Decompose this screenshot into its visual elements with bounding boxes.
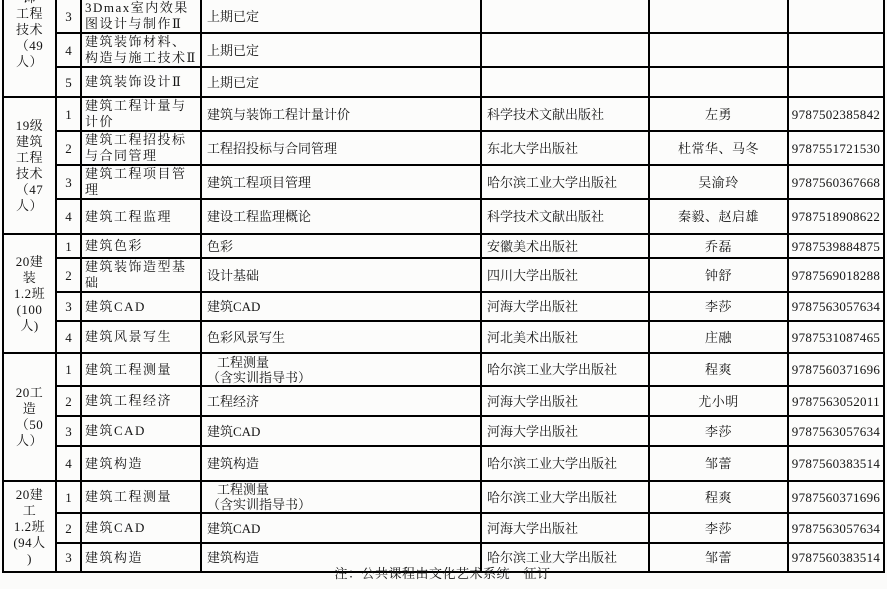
course-cell: 建筑工程计量与计价 — [81, 97, 201, 131]
textbook-line1: 工程测量 — [207, 355, 478, 370]
textbook-cell: 建筑与装饰工程计量计价 — [201, 97, 481, 131]
table-row: 4 建筑构造 建筑构造 哈尔滨工业大学出版社 邹蕾 9787560383514 — [3, 446, 884, 481]
isbn-cell: 9787563057634 — [788, 292, 884, 321]
isbn-cell: 9787502385842 — [788, 97, 884, 131]
row-number-cell: 1 — [56, 481, 81, 513]
author-cell — [649, 0, 788, 33]
row-number-cell: 2 — [56, 513, 81, 543]
textbook-cell: 上期已定 — [201, 0, 481, 33]
author-cell: 程爽 — [649, 481, 788, 513]
document-page: 饰 工程 技术 （49 人） 3 3Dmax室内效果图设计与制作Ⅱ 上期已定 4… — [2, 0, 885, 573]
author-cell: 吴渝玲 — [649, 165, 788, 199]
textbook-cell: 建筑工程项目管理 — [201, 165, 481, 199]
publisher-cell: 哈尔滨工业大学出版社 — [481, 481, 649, 513]
course-cell: 建筑色彩 — [81, 234, 201, 258]
table-row: 20工 造 （50 人） 1 建筑工程测量 工程测量 （含实训指导书） 哈尔滨工… — [3, 353, 884, 386]
isbn-cell: 9787563057634 — [788, 513, 884, 543]
author-cell: 钟舒 — [649, 258, 788, 292]
isbn-cell: 9787531087465 — [788, 321, 884, 353]
class-group-label: 20工 造 （50 人） — [6, 385, 53, 449]
textbook-cell: 上期已定 — [201, 67, 481, 97]
author-cell: 乔磊 — [649, 234, 788, 258]
table-row: 5 建筑装饰设计Ⅱ 上期已定 — [3, 67, 884, 97]
row-number-cell: 4 — [56, 199, 81, 234]
table-row: 饰 工程 技术 （49 人） 3 3Dmax室内效果图设计与制作Ⅱ 上期已定 — [3, 0, 884, 33]
course-cell: 建筑工程招投标与合同管理 — [81, 131, 201, 165]
textbook-order-table: 饰 工程 技术 （49 人） 3 3Dmax室内效果图设计与制作Ⅱ 上期已定 4… — [2, 0, 885, 573]
course-cell: 建筑工程测量 — [81, 353, 201, 386]
publisher-cell: 河海大学出版社 — [481, 292, 649, 321]
class-group-label: 19级 建筑 工程 技术 （47 人） — [6, 118, 53, 214]
isbn-cell — [788, 0, 884, 33]
course-cell: 建筑工程项目管理 — [81, 165, 201, 199]
textbook-cell: 上期已定 — [201, 33, 481, 67]
textbook-cell: 工程测量 （含实训指导书） — [201, 481, 481, 513]
author-cell: 尤小明 — [649, 386, 788, 416]
author-cell: 程爽 — [649, 353, 788, 386]
textbook-cell: 工程测量 （含实训指导书） — [201, 353, 481, 386]
table-row: 3 建筑CAD 建筑CAD 河海大学出版社 李莎 9787563057634 — [3, 292, 884, 321]
table-row: 2 建筑装饰造型基础 设计基础 四川大学出版社 钟舒 9787569018288 — [3, 258, 884, 292]
class-group-cell: 20工 造 （50 人） — [3, 353, 56, 481]
isbn-cell — [788, 67, 884, 97]
table-row: 4 建筑工程监理 建设工程监理概论 科学技术文献出版社 秦毅、赵启雄 97875… — [3, 199, 884, 234]
table-row: 3 建筑工程项目管理 建筑工程项目管理 哈尔滨工业大学出版社 吴渝玲 97875… — [3, 165, 884, 199]
author-cell: 邹蕾 — [649, 446, 788, 481]
isbn-cell — [788, 33, 884, 67]
author-cell: 李莎 — [649, 292, 788, 321]
textbook-line1: 工程测量 — [207, 482, 478, 497]
row-number-cell: 3 — [56, 165, 81, 199]
table-row: 2 建筑CAD 建筑CAD 河海大学出版社 李莎 9787563057634 — [3, 513, 884, 543]
author-cell: 左勇 — [649, 97, 788, 131]
author-cell: 杜常华、马冬 — [649, 131, 788, 165]
isbn-cell: 9787518908622 — [788, 199, 884, 234]
textbook-cell: 设计基础 — [201, 258, 481, 292]
publisher-cell: 东北大学出版社 — [481, 131, 649, 165]
publisher-cell: 河海大学出版社 — [481, 513, 649, 543]
publisher-cell: 四川大学出版社 — [481, 258, 649, 292]
author-cell — [649, 67, 788, 97]
course-cell: 建筑CAD — [81, 416, 201, 446]
class-group-cell: 20建 装 1.2班 (100 人) — [3, 234, 56, 353]
publisher-cell: 哈尔滨工业大学出版社 — [481, 165, 649, 199]
row-number-cell: 4 — [56, 33, 81, 67]
table-row: 2 建筑工程经济 工程经济 河海大学出版社 尤小明 9787563052011 — [3, 386, 884, 416]
row-number-cell: 1 — [56, 234, 81, 258]
textbook-cell: 工程招投标与合同管理 — [201, 131, 481, 165]
course-cell: 建筑CAD — [81, 292, 201, 321]
course-cell: 3Dmax室内效果图设计与制作Ⅱ — [81, 0, 201, 33]
row-number-cell: 2 — [56, 386, 81, 416]
textbook-line2: （含实训指导书） — [207, 497, 478, 512]
publisher-cell: 安徽美术出版社 — [481, 234, 649, 258]
course-cell: 建筑工程测量 — [81, 481, 201, 513]
author-cell: 庄融 — [649, 321, 788, 353]
course-cell: 建筑装饰材料、构造与施工技术Ⅱ — [81, 33, 201, 67]
table-row: 20建 装 1.2班 (100 人) 1 建筑色彩 色彩 安徽美术出版社 乔磊 … — [3, 234, 884, 258]
table-row: 20建 工 1.2班 (94人 ) 1 建筑工程测量 工程测量 （含实训指导书）… — [3, 481, 884, 513]
course-cell: 建筑工程监理 — [81, 199, 201, 234]
row-number-cell: 2 — [56, 131, 81, 165]
course-cell: 建筑CAD — [81, 513, 201, 543]
author-cell: 李莎 — [649, 416, 788, 446]
publisher-cell: 河海大学出版社 — [481, 386, 649, 416]
row-number-cell: 1 — [56, 97, 81, 131]
publisher-cell — [481, 33, 649, 67]
row-number-cell: 4 — [56, 321, 81, 353]
row-number-cell: 3 — [56, 0, 81, 33]
textbook-cell: 色彩 — [201, 234, 481, 258]
publisher-cell: 河北美术出版社 — [481, 321, 649, 353]
class-group-label: 20建 工 1.2班 (94人 ) — [6, 487, 53, 567]
isbn-cell: 9787569018288 — [788, 258, 884, 292]
row-number-cell: 4 — [56, 446, 81, 481]
table-row: 3 建筑CAD 建筑CAD 河海大学出版社 李莎 9787563057634 — [3, 416, 884, 446]
textbook-cell: 建筑构造 — [201, 446, 481, 481]
isbn-cell: 9787560383514 — [788, 446, 884, 481]
publisher-cell — [481, 0, 649, 33]
course-cell: 建筑装饰造型基础 — [81, 258, 201, 292]
footnote: 注：公共课程由文化艺术系统一征订 — [0, 563, 885, 582]
textbook-cell: 色彩风景写生 — [201, 321, 481, 353]
table-row: 2 建筑工程招投标与合同管理 工程招投标与合同管理 东北大学出版社 杜常华、马冬… — [3, 131, 884, 165]
row-number-cell: 5 — [56, 67, 81, 97]
table-row: 4 建筑风景写生 色彩风景写生 河北美术出版社 庄融 9787531087465 — [3, 321, 884, 353]
row-number-cell: 3 — [56, 416, 81, 446]
isbn-cell: 9787560367668 — [788, 165, 884, 199]
publisher-cell: 哈尔滨工业大学出版社 — [481, 353, 649, 386]
course-cell: 建筑装饰设计Ⅱ — [81, 67, 201, 97]
class-group-label: 20建 装 1.2班 (100 人) — [6, 254, 53, 334]
table-row: 4 建筑装饰材料、构造与施工技术Ⅱ 上期已定 — [3, 33, 884, 67]
author-cell: 李莎 — [649, 513, 788, 543]
course-cell: 建筑构造 — [81, 446, 201, 481]
publisher-cell: 哈尔滨工业大学出版社 — [481, 446, 649, 481]
author-cell — [649, 33, 788, 67]
table-row: 19级 建筑 工程 技术 （47 人） 1 建筑工程计量与计价 建筑与装饰工程计… — [3, 97, 884, 131]
class-group-label: 饰 工程 技术 （49 人） — [6, 0, 53, 70]
textbook-line2: （含实训指导书） — [207, 370, 478, 385]
row-number-cell: 2 — [56, 258, 81, 292]
isbn-cell: 9787539884875 — [788, 234, 884, 258]
publisher-cell: 河海大学出版社 — [481, 416, 649, 446]
textbook-cell: 建筑CAD — [201, 292, 481, 321]
author-cell: 秦毅、赵启雄 — [649, 199, 788, 234]
class-group-cell: 饰 工程 技术 （49 人） — [3, 0, 56, 97]
isbn-cell: 9787560371696 — [788, 353, 884, 386]
textbook-cell: 工程经济 — [201, 386, 481, 416]
isbn-cell: 9787563052011 — [788, 386, 884, 416]
isbn-cell: 9787551721530 — [788, 131, 884, 165]
row-number-cell: 1 — [56, 353, 81, 386]
course-cell: 建筑工程经济 — [81, 386, 201, 416]
class-group-cell: 19级 建筑 工程 技术 （47 人） — [3, 97, 56, 234]
publisher-cell: 科学技术文献出版社 — [481, 199, 649, 234]
textbook-cell: 建设工程监理概论 — [201, 199, 481, 234]
course-cell: 建筑风景写生 — [81, 321, 201, 353]
publisher-cell — [481, 67, 649, 97]
textbook-cell: 建筑CAD — [201, 513, 481, 543]
isbn-cell: 9787560371696 — [788, 481, 884, 513]
class-group-cell: 20建 工 1.2班 (94人 ) — [3, 481, 56, 572]
row-number-cell: 3 — [56, 292, 81, 321]
textbook-cell: 建筑CAD — [201, 416, 481, 446]
publisher-cell: 科学技术文献出版社 — [481, 97, 649, 131]
isbn-cell: 9787563057634 — [788, 416, 884, 446]
